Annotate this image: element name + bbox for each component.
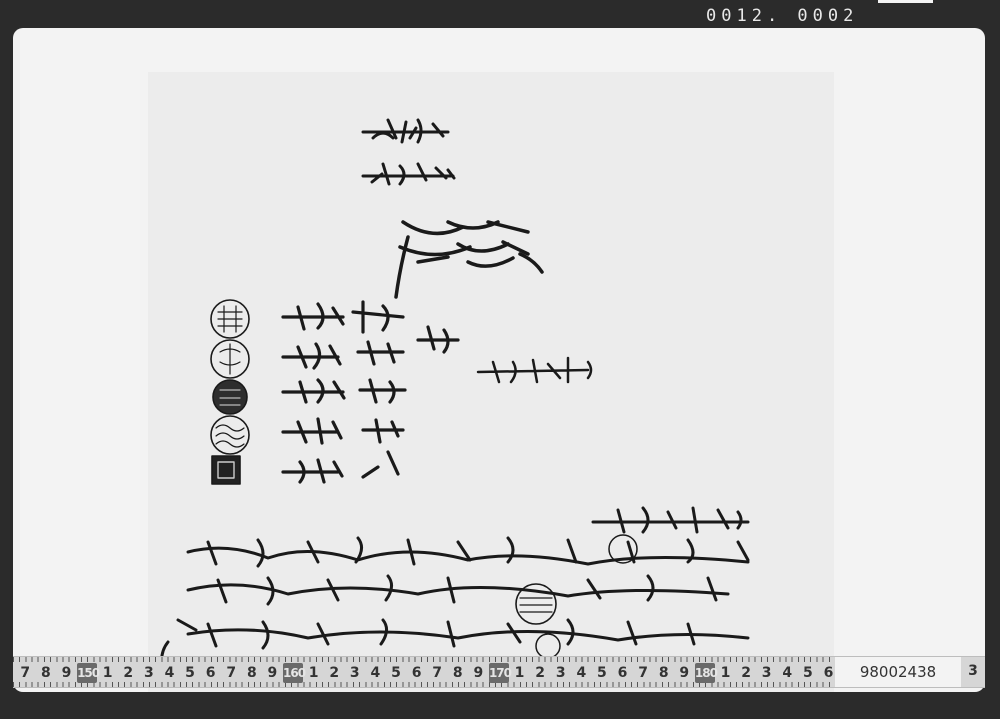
ruler-label: 2 — [736, 663, 757, 683]
ruler-label: 6 — [406, 663, 427, 683]
manuscript-ink — [148, 72, 834, 692]
text-column-6 — [162, 508, 748, 666]
ruler-label: 1 — [509, 663, 530, 683]
ruler-label: 2 — [118, 663, 139, 683]
ruler-label: 5 — [386, 663, 407, 683]
ruler-label: 6 — [200, 663, 221, 683]
ruler-label: 9 — [674, 663, 695, 683]
ruler-end-segment: 3 — [961, 657, 985, 687]
text-column-5 — [283, 302, 458, 482]
ruler-label: 1 — [715, 663, 736, 683]
document-id-label: 98002438 — [835, 657, 961, 687]
ruler-end-label: 3 — [961, 663, 985, 679]
text-column-4 — [478, 358, 591, 382]
ruler-label: 6 — [612, 663, 633, 683]
ruler-label: 7 — [15, 663, 36, 683]
ruler-label: 1 — [303, 663, 324, 683]
ruler-label-major: 170 — [489, 663, 509, 683]
frame-number: 0012. 0002 — [706, 6, 858, 26]
ruler-label: 3 — [756, 663, 777, 683]
ruler-label: 8 — [653, 663, 674, 683]
ruler-labels: 7 8 9 150 1 2 3 4 5 6 7 8 9 160 1 2 3 4 … — [15, 663, 839, 683]
text-column-2 — [363, 164, 454, 184]
text-column-1 — [363, 120, 448, 142]
ruler-label: 7 — [633, 663, 654, 683]
ruler-label: 5 — [180, 663, 201, 683]
ruler-label: 5 — [798, 663, 819, 683]
ruler-label: 5 — [592, 663, 613, 683]
ruler-label: 3 — [139, 663, 160, 683]
ruler-label: 8 — [447, 663, 468, 683]
ruler-label: 4 — [571, 663, 592, 683]
ruler-label: 4 — [365, 663, 386, 683]
top-tab — [878, 0, 933, 3]
ruler-label: 7 — [427, 663, 448, 683]
ruler-label: 4 — [777, 663, 798, 683]
ruler-label: 3 — [345, 663, 366, 683]
ruler-label: 4 — [159, 663, 180, 683]
ruler-label: 3 — [550, 663, 571, 683]
measurement-ruler: 7 8 9 150 1 2 3 4 5 6 7 8 9 160 1 2 3 4 … — [13, 656, 985, 688]
ruler-label-major: 180 — [695, 663, 715, 683]
ruler-label: 9 — [262, 663, 283, 683]
ruler-label: 9 — [56, 663, 77, 683]
ruler-label: 7 — [221, 663, 242, 683]
ruler-label: 2 — [530, 663, 551, 683]
text-column-3 — [396, 222, 542, 297]
ruler-label: 2 — [324, 663, 345, 683]
ruler-label: 8 — [242, 663, 263, 683]
ruler-label: 1 — [97, 663, 118, 683]
seal-group — [211, 300, 556, 624]
ruler-label: 9 — [468, 663, 489, 683]
ruler-label: 8 — [36, 663, 57, 683]
ruler-label-major: 150 — [77, 663, 97, 683]
document-sheet — [148, 72, 834, 692]
ruler-label-major: 160 — [283, 663, 303, 683]
